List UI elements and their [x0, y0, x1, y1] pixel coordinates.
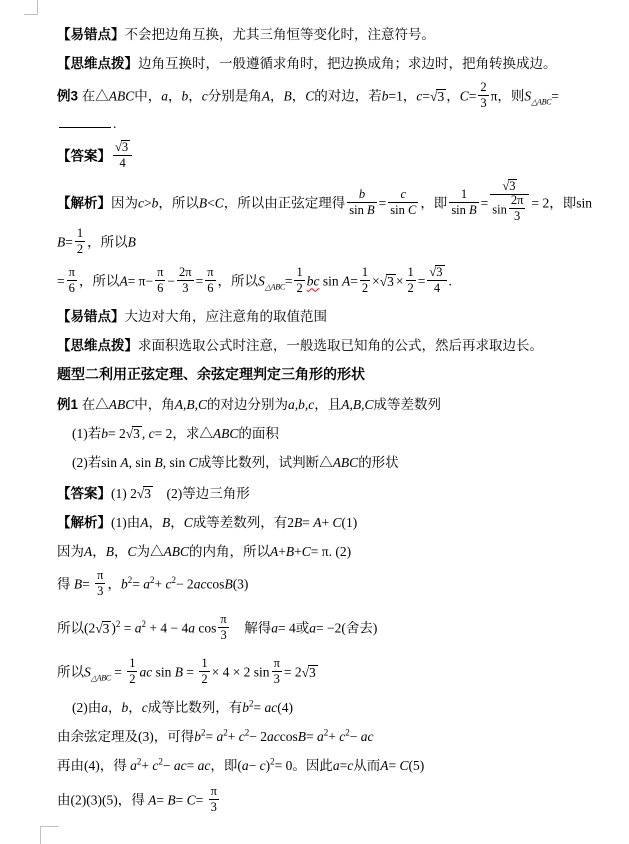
math-text: =: [418, 274, 426, 289]
math-text: −: [249, 758, 260, 773]
text-run: 的对边分别为: [207, 397, 288, 412]
text-run: 解得: [231, 621, 272, 636]
text-run: ，: [270, 89, 284, 104]
math-text: π: [220, 612, 226, 626]
math-text: △: [95, 89, 109, 104]
math-variable: A: [84, 544, 92, 559]
text-run: 的面积: [238, 426, 279, 441]
fraction: π3: [209, 784, 219, 815]
math-variable: a: [161, 89, 168, 104]
math-text: 1: [201, 656, 207, 670]
math-text: 4: [434, 281, 440, 295]
math-text: 2: [129, 672, 135, 686]
question-1: (1)若b= 2√3, c= 2，求△ABC的面积: [57, 423, 597, 444]
sqrt-radical: √3: [429, 265, 444, 279]
math-variable: b: [382, 89, 389, 104]
analysis-ex3-continued: =π6，所以A= π−π6−2π3=π6，所以S△ABC=12bc sin A=…: [57, 267, 597, 298]
note-tip-1: 【思维点拨】边角互换时，一般遵循求角时，把边换成角；求边时，把角转换成边。: [57, 53, 597, 74]
math-text: 4: [119, 156, 125, 170]
math-text: .: [113, 116, 116, 131]
note-error-1: 【易错点】不会把边角互换，尤其三角恒等变化时，注意符号。: [57, 24, 597, 45]
text-run: 舍去: [346, 621, 373, 636]
math-text: 2: [408, 281, 414, 295]
text-run: ，: [188, 89, 202, 104]
math-text: = 2: [155, 426, 173, 441]
text-run: 的对边，若: [314, 89, 382, 104]
fraction: 12: [406, 265, 416, 296]
math-variable: A: [313, 515, 321, 530]
math-text: =: [187, 758, 198, 773]
math-text: 6: [157, 281, 163, 295]
fraction: 12: [199, 656, 209, 687]
text-run: 中，角: [134, 397, 175, 412]
math-text: +: [322, 515, 333, 530]
math-variable: A: [262, 89, 270, 104]
section-heading: 题型二利用正弦定理、余弦定理判定三角形的形状: [57, 364, 597, 386]
math-variable: B: [162, 515, 170, 530]
math-text: +: [294, 544, 302, 559]
math-text: =: [481, 196, 489, 211]
math-text: sin: [492, 202, 507, 216]
text-run: ，: [149, 515, 163, 530]
text-run: 成等差数列，有: [193, 515, 288, 530]
question-2: (2)若sin A, sin B, sin C成等比数列，试判断△ABC的形状: [57, 452, 597, 473]
math-text: sin: [451, 203, 469, 217]
math-text: +: [228, 729, 239, 744]
text-run: 由(2)(3)(5)，得: [57, 793, 148, 808]
text-run: ，: [107, 577, 121, 592]
math-text: 3: [122, 140, 128, 154]
math-variable: B: [298, 729, 306, 744]
text-run: 所以: [57, 665, 84, 680]
math-text: 1: [461, 187, 467, 201]
bold-label: 【易错点】: [57, 27, 125, 42]
text-run: ，: [92, 544, 106, 559]
math-text: +: [278, 544, 286, 559]
math-text: 3: [211, 800, 217, 814]
math-text: +: [328, 729, 339, 744]
text-run: 的形状: [358, 455, 399, 470]
math-variable: B: [286, 544, 294, 559]
math-variable: A,B,C: [175, 397, 207, 412]
math-text: 2: [287, 515, 294, 530]
text-run: (1)由: [111, 515, 140, 530]
fraction: 23: [478, 80, 488, 111]
math-text: 3: [220, 628, 226, 642]
math-variable: ac: [198, 758, 211, 773]
math-text: sin: [319, 274, 342, 289]
fraction: π3: [218, 612, 228, 643]
math-variable: A: [380, 758, 388, 773]
analysis-ex1-part2-step1: (2)由a，b，c成等比数列，有b2= ac(4): [57, 697, 597, 718]
math-text: =: [120, 621, 134, 636]
math-text: π: [207, 265, 213, 279]
bold-label: 【易错点】: [57, 309, 125, 324]
text-run: (2)若: [72, 455, 101, 470]
fraction: √34: [113, 140, 132, 171]
math-text: − 2: [176, 577, 194, 592]
math-text: , sin: [129, 455, 155, 470]
text-run: ，: [128, 700, 142, 715]
math-variable: a: [242, 758, 249, 773]
math-text: =: [422, 89, 430, 104]
math-text: × 4 × 2 sin: [212, 665, 270, 680]
math-text: (2: [84, 621, 95, 636]
math-text: 3: [97, 584, 103, 598]
math-text: sin: [576, 196, 592, 211]
answer-blank: [59, 114, 111, 128]
math-text: 6: [207, 281, 213, 295]
math-variable: B: [469, 203, 477, 217]
text-run: (2)由: [72, 700, 101, 715]
fraction: 12: [75, 226, 85, 257]
math-text: =: [379, 196, 387, 211]
bold-label: 题型二利用正弦定理、余弦定理判定三角形的形状: [57, 366, 365, 382]
math-variable: b: [242, 700, 249, 715]
math-variable: A: [119, 274, 127, 289]
text-run: (2)等边三角形: [153, 486, 250, 501]
math-variable: ac: [174, 758, 187, 773]
math-variable: C: [460, 89, 469, 104]
math-text: =: [111, 665, 125, 680]
text-run: ，: [170, 515, 184, 530]
math-text: ×: [372, 274, 380, 289]
math-text: =: [196, 793, 207, 808]
math-text: =: [302, 515, 313, 530]
text-run: 成等差数列: [374, 397, 442, 412]
text-run: ，即: [420, 196, 447, 211]
text-run: ，所以由正弦定理得: [224, 196, 346, 211]
math-variable: a: [333, 758, 340, 773]
math-variable: bc: [307, 274, 320, 289]
text-run: 中，: [134, 89, 161, 104]
math-text: π: [211, 784, 217, 798]
math-variable: a: [271, 621, 278, 636]
math-text: sin: [390, 203, 408, 217]
math-text: −: [350, 729, 361, 744]
bold-label: 例1: [57, 397, 82, 412]
math-text: 1: [362, 265, 368, 279]
fraction: π6: [67, 265, 77, 296]
math-text: =: [196, 274, 204, 289]
text-run: ，所以: [158, 196, 199, 211]
crop-mark-bottom-left: [40, 826, 59, 844]
math-text: (1): [342, 515, 358, 530]
text-run: ，: [168, 89, 182, 104]
math-text: .: [449, 274, 452, 289]
math-variable: S: [84, 665, 91, 680]
math-text: =: [156, 793, 167, 808]
math-variable: a: [130, 758, 137, 773]
math-text: 3: [182, 281, 188, 295]
math-variable: B: [57, 235, 65, 250]
math-text: =: [57, 274, 65, 289]
math-text: +: [154, 577, 165, 592]
math-text: − 2: [249, 729, 267, 744]
fraction: 2π3: [177, 265, 194, 296]
math-variable: C: [184, 515, 193, 530]
fraction: π6: [155, 265, 165, 296]
text-run: ，: [292, 89, 306, 104]
text-run: 因为: [57, 544, 84, 559]
math-variable: C: [400, 758, 409, 773]
math-variable: B: [74, 577, 82, 592]
math-variable: B: [175, 665, 183, 680]
text-run: 。因此: [292, 758, 333, 773]
text-run: ，: [108, 700, 122, 715]
math-variable: A: [140, 515, 148, 530]
math-text: =: [389, 758, 400, 773]
math-text: sin: [152, 665, 175, 680]
text-run: 为: [137, 544, 151, 559]
math-variable: B: [128, 235, 136, 250]
math-variable: ABC: [333, 455, 359, 470]
fraction: csin C: [388, 187, 418, 218]
math-variable: a,b,c: [288, 397, 314, 412]
text-run: ，: [114, 544, 128, 559]
answer-ex1: 【答案】(1) 2√3 (2)等边三角形: [57, 483, 597, 504]
math-text: +: [141, 758, 152, 773]
math-variable: A: [342, 274, 350, 289]
math-variable: a: [317, 729, 324, 744]
math-variable: C: [408, 203, 416, 217]
math-variable: B: [367, 203, 375, 217]
math-text: 3: [480, 96, 486, 110]
math-text: (1) 2: [111, 486, 137, 501]
math-variable: a: [135, 621, 142, 636]
math-variable: C: [302, 544, 311, 559]
math-text: (3): [233, 577, 249, 592]
math-variable: B: [167, 793, 175, 808]
example-3: 例3 在△ABC中，a，b，c分别是角A，B，C的对边，若b=1，c=√3，C=…: [57, 82, 597, 134]
math-text: =: [469, 89, 477, 104]
text-run: ，: [446, 89, 460, 104]
math-text: sin: [101, 455, 120, 470]
text-run: 分别是角: [208, 89, 262, 104]
fraction: π3: [272, 656, 282, 687]
math-text: △: [199, 426, 213, 441]
text-run: 因为: [111, 196, 138, 211]
math-variable: ABC: [213, 426, 239, 441]
text-run: (1)若: [72, 426, 101, 441]
fraction: π6: [205, 265, 215, 296]
bold-label: 【思维点拨】: [57, 338, 138, 353]
text-run: ，求: [172, 426, 199, 441]
note-error-2: 【易错点】大边对大角，应注意角的取值范围: [57, 306, 597, 327]
math-text: 2: [77, 242, 83, 256]
crop-mark-top-left: [24, 0, 38, 15]
text-run: ，所以: [87, 235, 128, 250]
text-run: ，所以: [79, 274, 120, 289]
math-text: cos: [206, 577, 224, 592]
text-run: 不会把边角互换，尤其三角恒等变化时，注意符号。: [125, 27, 436, 42]
document-content: 【易错点】不会把边角互换，尤其三角恒等变化时，注意符号。【思维点拨】边角互换时，…: [57, 24, 597, 825]
math-text: π: [69, 265, 75, 279]
text-run: 成等比数列，有: [148, 700, 243, 715]
note-tip-2: 【思维点拨】求面积选取公式时注意，一般选取已知角的公式，然后再求取边长。: [57, 335, 597, 356]
text-run: 得: [57, 577, 74, 592]
subscript: △ABC: [531, 97, 551, 106]
fraction: √34: [427, 265, 446, 296]
math-text: =: [206, 729, 217, 744]
math-variable: c: [401, 187, 407, 201]
analysis-ex1-step5: 所以S△ABC = 12ac sin B = 12× 4 × 2 sinπ3= …: [57, 658, 597, 689]
fraction: √3sin2π3: [490, 179, 529, 226]
math-text: π: [157, 265, 163, 279]
text-run: 由余弦定理及(3)，可得: [57, 729, 194, 744]
math-variable: B: [199, 196, 207, 211]
subscript: △ABC: [91, 673, 111, 682]
math-text: =: [254, 700, 265, 715]
math-text: ): [373, 621, 378, 636]
bold-label: 【答案】: [57, 149, 111, 164]
math-text: = −2(: [316, 621, 346, 636]
math-text: = π. (2): [311, 544, 351, 559]
bold-label: 例3: [57, 89, 82, 104]
sqrt-radical: √3: [502, 179, 517, 193]
math-text: sin: [349, 203, 367, 217]
fraction: 12: [294, 265, 304, 296]
math-text: △: [150, 544, 164, 559]
fraction: 2π3: [509, 193, 526, 224]
analysis-ex1-conclusion: 由(2)(3)(5)，得 A= B= C= π3: [57, 786, 597, 817]
math-text: =: [65, 235, 73, 250]
math-variable: b: [121, 577, 128, 592]
math-text: <: [207, 196, 215, 211]
analysis-ex3: 【解析】因为c>b，所以B<C，所以由正弦定理得bsin B=csin C，即1…: [57, 181, 597, 259]
analysis-ex1-step4: 所以(2√3)2 = a2 + 4 − 4a cosπ3 解得a= 4或a= −…: [57, 614, 597, 645]
math-variable: C: [189, 455, 198, 470]
text-run: 再由(4)，得: [57, 758, 130, 773]
fraction: 1sin B: [449, 187, 478, 218]
math-text: 3: [309, 665, 316, 680]
math-variable: C: [187, 793, 196, 808]
text-run: 所以: [57, 621, 84, 636]
math-variable: A,B,C: [341, 397, 373, 412]
text-run: ，即: [549, 196, 576, 211]
sqrt-radical: √3: [95, 621, 111, 636]
math-variable: ABC: [109, 89, 135, 104]
analysis-ex1-part2-step3: 再由(4)，得 a2+ c2− ac= ac，即(a− c)2= 0。因此a=c…: [57, 755, 597, 776]
math-variable: C: [128, 544, 137, 559]
sqrt-radical: √3: [126, 426, 142, 441]
math-text: 2π: [179, 265, 192, 279]
text-run: ，且: [314, 397, 341, 412]
squiggle-underline: bc: [307, 274, 320, 289]
example-1: 例1 在△ABC中，角A,B,C的对边分别为a,b,c，且A,B,C成等差数列: [57, 394, 597, 415]
text-run: ，即: [210, 758, 237, 773]
fraction: 12: [360, 265, 370, 296]
bold-label: 【思维点拨】: [57, 56, 138, 71]
text-run: 求面积选取公式时注意，一般选取已知角的公式，然后再求取边长。: [138, 338, 543, 353]
math-text: =1: [389, 89, 403, 104]
math-text: = 2: [108, 426, 126, 441]
analysis-ex1-step1: 【解析】(1)由A，B，C成等差数列，有2B= A+ C(1): [57, 512, 597, 533]
math-text: =: [176, 793, 187, 808]
math-variable: B: [106, 544, 114, 559]
math-text: =: [132, 577, 143, 592]
bold-label: 【解析】: [57, 515, 111, 530]
math-variable: ABC: [109, 397, 135, 412]
text-run: 边角互换时，一般遵循求角时，把边换成角；求边时，把角转换成边。: [138, 56, 557, 71]
math-text: = 4: [278, 621, 296, 636]
math-text: 3: [103, 621, 110, 636]
math-text: 1: [129, 656, 135, 670]
bold-label: 【答案】: [57, 486, 111, 501]
sqrt-radical: √3: [430, 89, 446, 104]
math-variable: ABC: [164, 544, 190, 559]
math-text: = 2: [531, 196, 549, 211]
math-text: 3: [144, 486, 151, 501]
math-text: 3: [387, 274, 394, 289]
math-text: 2: [296, 281, 302, 295]
math-variable: a: [101, 700, 108, 715]
text-run: 大边对大角，应注意角的取值范围: [125, 309, 328, 324]
math-text: −: [167, 274, 175, 289]
math-variable: ac: [267, 729, 280, 744]
text-run: 成等比数列，试判断: [198, 455, 320, 470]
analysis-ex1-step3: 得 B= π3，b2= a2+ c2− 2accosB(3): [57, 570, 597, 601]
sqrt-radical: √3: [137, 486, 153, 501]
text-run: 或: [296, 621, 310, 636]
math-text: 2: [201, 672, 207, 686]
math-text: =: [350, 274, 358, 289]
bold-label: 【解析】: [57, 196, 111, 211]
math-text: cos: [195, 621, 216, 636]
math-text: = 2: [284, 665, 302, 680]
math-text: =: [82, 577, 93, 592]
math-variable: ac: [265, 700, 278, 715]
math-text: (5): [409, 758, 425, 773]
math-variable: C: [333, 515, 342, 530]
math-text: = 0: [275, 758, 293, 773]
math-text: 2: [362, 281, 368, 295]
math-text: + 4 − 4: [146, 621, 188, 636]
text-run: ，: [403, 89, 417, 104]
math-variable: B: [155, 455, 163, 470]
math-variable: a: [143, 577, 150, 592]
analysis-ex1-step2: 因为A，B，C为△ABC的内角，所以A+B+C= π. (2): [57, 541, 597, 562]
math-text: ×: [396, 274, 404, 289]
math-variable: b: [101, 426, 108, 441]
math-text: 2: [480, 80, 486, 94]
text-run: 的内角，所以: [189, 544, 270, 559]
math-text: △: [95, 397, 109, 412]
math-text: 1: [77, 226, 83, 240]
text-run: ，所以: [218, 274, 259, 289]
answer-ex3: 【答案】√34: [57, 142, 597, 173]
math-variable: ac: [139, 665, 152, 680]
math-variable: , c: [142, 426, 155, 441]
math-variable: a: [309, 621, 316, 636]
math-variable: B: [224, 577, 232, 592]
text-run: ，则: [497, 89, 524, 104]
math-text: =: [285, 274, 293, 289]
math-variable: S: [258, 274, 265, 289]
math-variable: b: [194, 729, 201, 744]
fraction: 12: [127, 656, 137, 687]
math-text: π: [97, 568, 103, 582]
fraction: bsin B: [347, 187, 376, 218]
sqrt-radical: √3: [115, 140, 130, 154]
analysis-ex1-part2-step2: 由余弦定理及(3)，可得b2= a2+ c2− 2accosB= a2+ c2−…: [57, 726, 597, 747]
math-text: , sin: [163, 455, 189, 470]
math-variable: b: [359, 187, 365, 201]
math-text: 3: [509, 179, 515, 193]
math-text: (4): [277, 700, 293, 715]
fraction: π3: [95, 568, 105, 599]
math-variable: C: [215, 196, 224, 211]
